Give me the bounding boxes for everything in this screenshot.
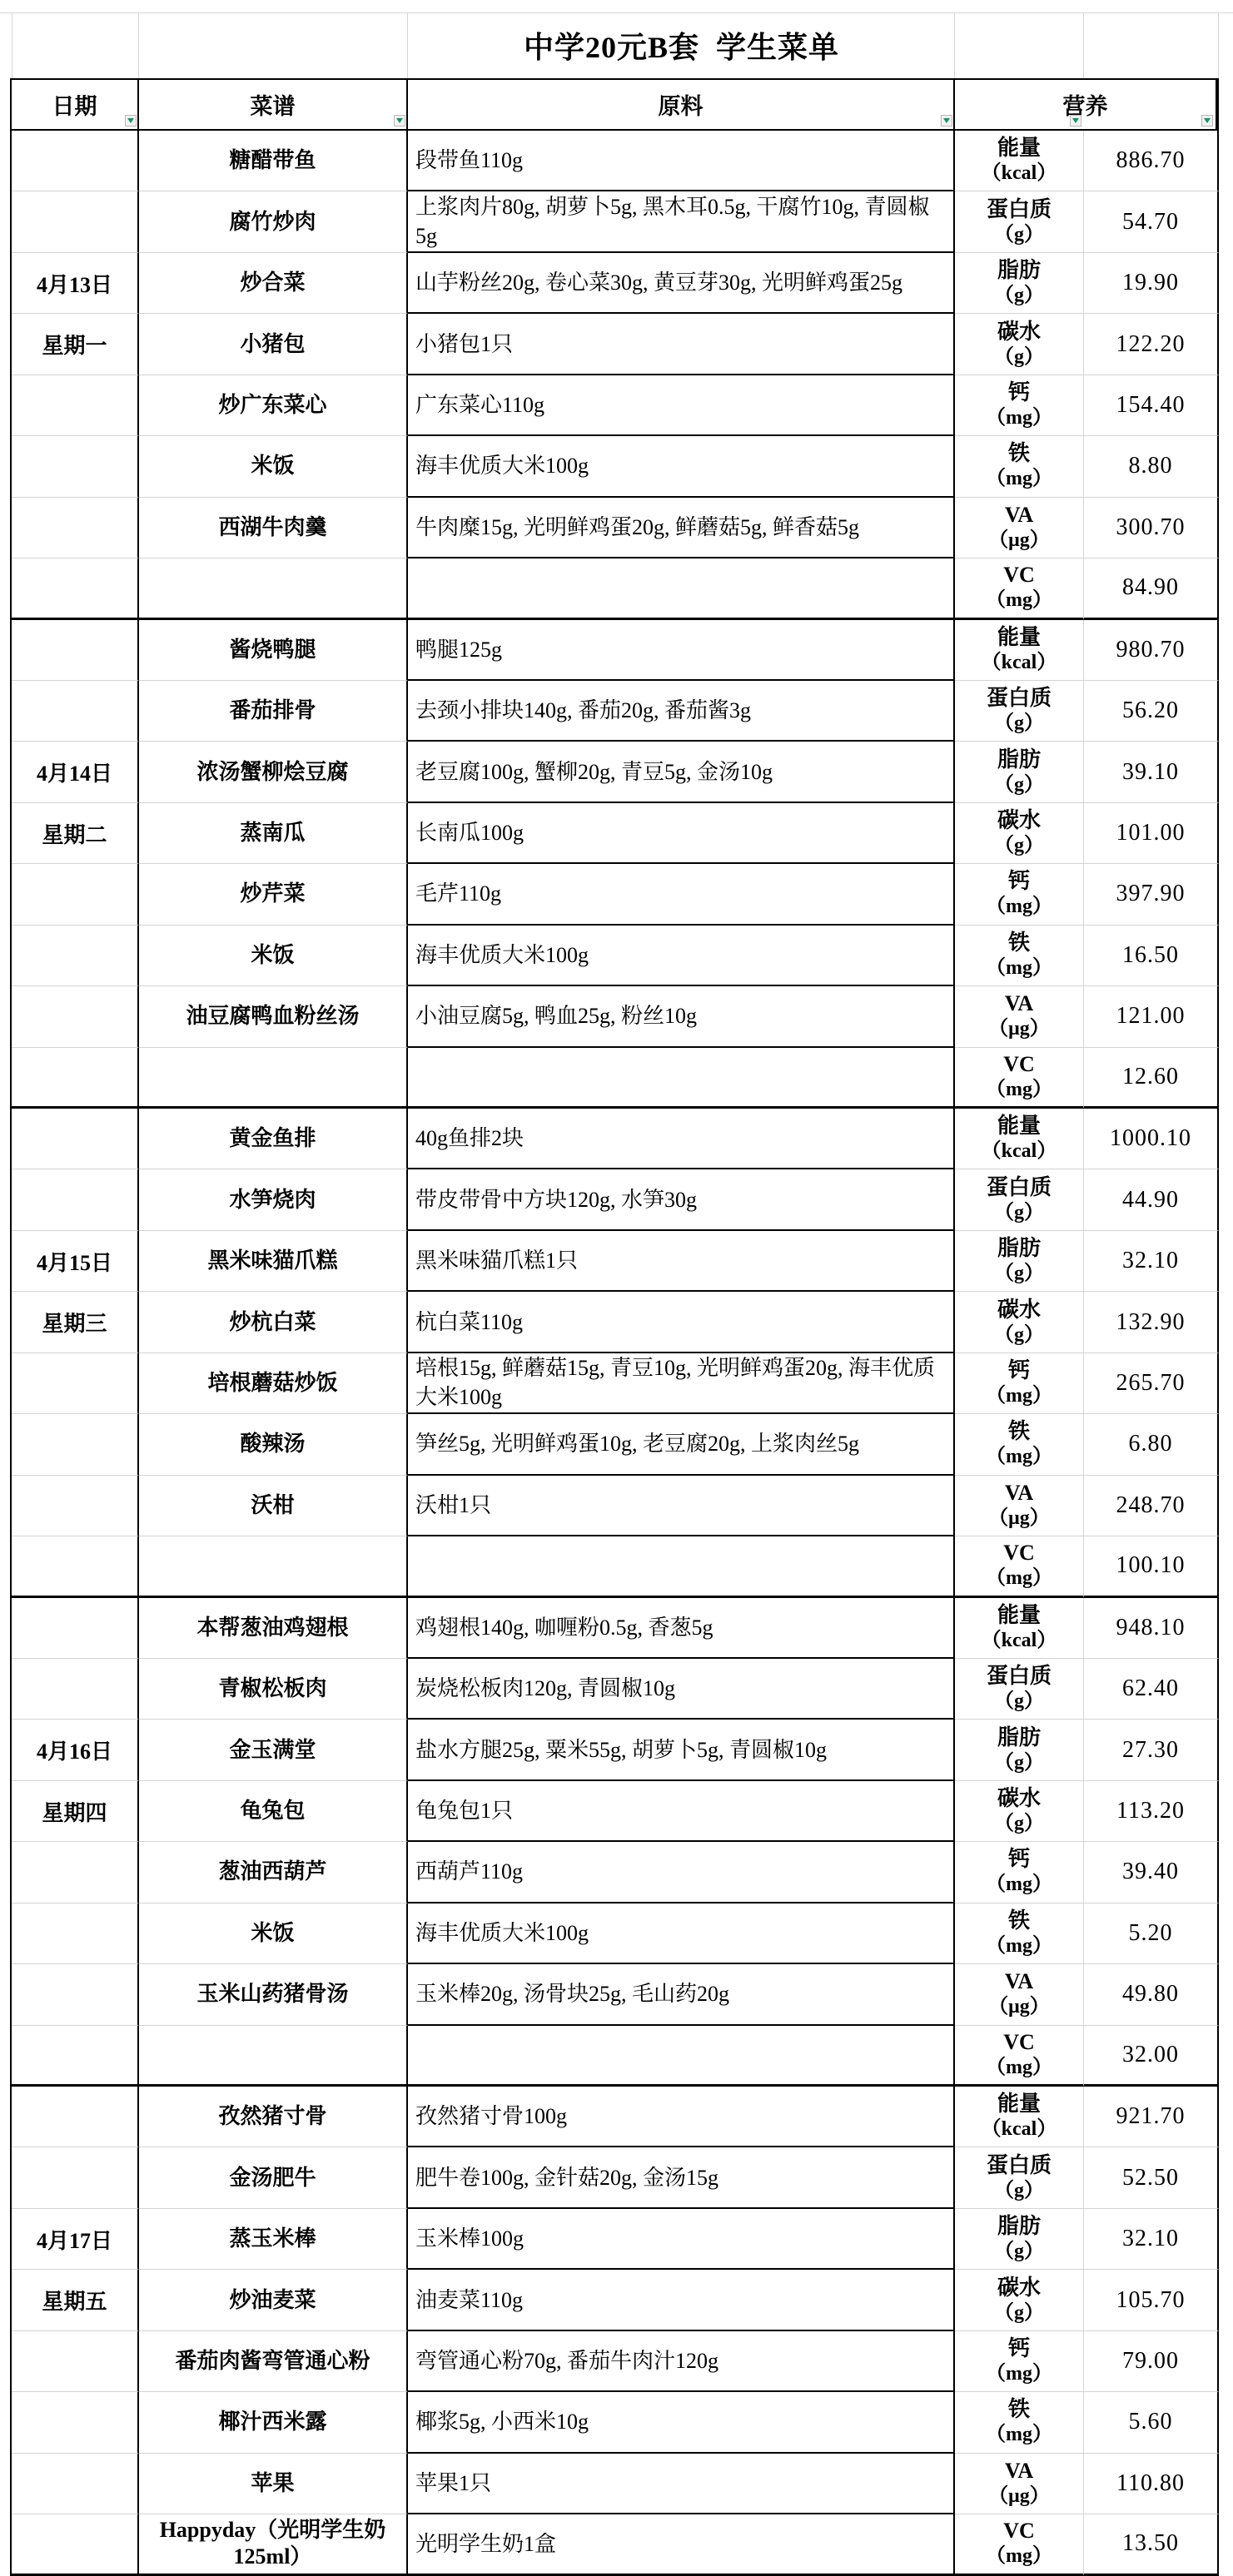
nutrient-unit: （mg） [986,955,1052,981]
nutrient-unit: （g） [994,2239,1044,2265]
ingredients-cell[interactable]: 带皮带骨中方块120g, 水笋30g [408,1169,955,1230]
nutrient-label-cell[interactable]: VC （mg） [955,2026,1084,2087]
nutrient-label-cell[interactable]: 碳水 （g） [955,314,1084,375]
ingredients-cell[interactable] [408,1048,955,1109]
nutrient-label-cell[interactable]: 脂肪 （g） [955,2209,1084,2270]
nutrient-label-cell[interactable]: 蛋白质 （g） [955,2147,1084,2208]
nutrient-label-cell[interactable]: 蛋白质 （g） [955,1169,1084,1230]
nutrient-value-cell[interactable]: 39.40 [1084,1842,1219,1903]
nutrient-value-cell[interactable]: 8.80 [1084,436,1219,497]
date-cell[interactable]: 4月16日 [12,1720,139,1780]
nutrient-unit: （mg） [986,405,1052,431]
nutrient-label-cell[interactable]: 铁 （mg） [955,1414,1084,1475]
nutrient-value-cell[interactable]: 12.60 [1084,1048,1219,1109]
nutrient-value-cell[interactable]: 84.90 [1084,558,1219,619]
nutrient-unit: （mg） [986,1444,1052,1470]
nutrient-unit: （mg） [986,466,1052,492]
nutrient-name: VA [1005,990,1033,1016]
ingredients-cell[interactable]: 牛肉糜15g, 光明鲜鸡蛋20g, 鲜蘑菇5g, 鲜香菇5g [408,498,955,558]
nutrient-label-cell[interactable]: VC （mg） [955,1048,1084,1109]
nutrient-name: 能量 [997,135,1041,161]
gridline [138,12,139,78]
filter-dropdown-icon [127,118,134,123]
nutrient-label-cell[interactable]: VA （μg） [955,986,1084,1047]
ingredients-cell[interactable]: 海丰优质大米100g [408,926,955,986]
nutrient-name: 铁 [1008,2396,1030,2422]
nutrient-name: 能量 [997,1113,1041,1139]
ingredients-cell[interactable]: 肥牛卷100g, 金针菇20g, 金汤15g [408,2147,955,2208]
filter-button-dish[interactable] [394,115,405,127]
nutrient-unit: （g） [994,1750,1044,1776]
nutrient-value-cell[interactable]: 101.00 [1084,803,1219,864]
nutrient-value-cell[interactable]: 27.30 [1084,1720,1219,1780]
nutrient-name: 碳水 [997,807,1041,833]
nutrient-value-cell[interactable]: 16.50 [1084,926,1219,986]
date-cell[interactable] [12,1598,139,1659]
dish-cell[interactable]: 炒油麦菜 [139,2270,408,2330]
ingredients-cell[interactable]: 段带鱼110g [408,131,955,191]
spreadsheet-page: { "title": "中学20元B套 学生菜单", "header": { "… [0,0,1233,2576]
nutrient-unit: （mg） [986,588,1052,613]
nutrient-unit: （kcal） [982,1139,1057,1164]
nutrient-value-cell[interactable]: 44.90 [1084,1169,1219,1230]
nutrient-name: 脂肪 [997,747,1041,772]
page-title: 中学20元B套 学生菜单 [408,12,955,78]
dish-cell[interactable]: 米饭 [139,1903,408,1964]
nutrient-value-cell[interactable]: 79.00 [1084,2331,1219,2392]
nutrient-unit: （mg） [986,1933,1052,1959]
ingredients-cell[interactable]: 上浆肉片80g, 胡萝卜5g, 黑木耳0.5g, 干腐竹10g, 青圆椒5g [408,191,955,252]
dish-cell[interactable] [139,1048,408,1109]
dish-cell[interactable]: 酸辣汤 [139,1414,408,1475]
column-header-date[interactable]: 日期 [12,80,139,129]
nutrient-label-cell[interactable]: 脂肪 （g） [955,742,1084,802]
gridline [1218,12,1219,78]
dish-cell[interactable]: 金玉满堂 [139,1720,408,1780]
nutrient-unit: （kcal） [982,650,1057,676]
nutrient-unit: （g） [994,222,1044,248]
nutrient-unit: （g） [994,711,1044,737]
dish-cell[interactable]: 番茄肉酱弯管通心粉 [139,2331,408,2392]
nutrient-name: VC [1003,562,1035,588]
date-cell[interactable] [12,1048,139,1109]
date-cell[interactable] [12,191,139,252]
dish-cell[interactable]: 黑米味猫爪糕 [139,1231,408,1292]
nutrient-name: 蛋白质 [987,1174,1052,1200]
nutrient-name: VA [1005,502,1033,528]
nutrient-name: 能量 [997,1602,1041,1628]
nutrient-unit: （g） [994,1261,1044,1287]
date-cell[interactable] [12,1353,139,1414]
dish-cell[interactable]: 炒合菜 [139,253,408,314]
ingredients-cell[interactable]: 盐水方腿25g, 粟米55g, 胡萝卜5g, 青圆椒10g [408,1720,955,1780]
date-cell[interactable] [12,926,139,986]
nutrient-label-cell[interactable]: 铁 （mg） [955,1903,1084,1964]
nutrient-label-cell[interactable]: 能量 （kcal） [955,131,1084,191]
nutrient-value-cell[interactable]: 1000.10 [1084,1109,1219,1169]
date-cell[interactable] [12,2514,139,2575]
date-cell[interactable] [12,1536,139,1597]
dish-cell[interactable]: Happyday（光明学生奶125ml） [139,2514,408,2575]
dish-cell[interactable]: 炒杭白菜 [139,1292,408,1353]
dish-cell[interactable]: 龟兔包 [139,1781,408,1842]
date-cell[interactable] [12,1169,139,1230]
nutrient-unit: （g） [994,1323,1044,1348]
dish-cell[interactable]: 玉米山药猪骨汤 [139,1964,408,2025]
ingredients-cell[interactable]: 毛芹110g [408,864,955,925]
nutrient-value-cell[interactable]: 110.80 [1084,2454,1219,2514]
dish-cell[interactable]: 酱烧鸭腿 [139,620,408,681]
ingredients-cell[interactable]: 光明学生奶1盒 [408,2514,955,2575]
nutrient-name: 能量 [997,624,1041,650]
nutrient-name: 脂肪 [997,1235,1041,1261]
dish-cell[interactable]: 青椒松板肉 [139,1659,408,1720]
filter-dropdown-icon [943,118,950,123]
nutrient-value-cell[interactable]: 49.80 [1084,1964,1219,2025]
dish-cell[interactable]: 孜然猪寸骨 [139,2087,408,2147]
nutrient-unit: （mg） [986,2055,1052,2081]
ingredients-cell[interactable]: 鸭腿125g [408,620,955,681]
ingredients-cell[interactable]: 龟兔包1只 [408,1781,955,1842]
ingredients-cell[interactable]: 培根15g, 鲜蘑菇15g, 青豆10g, 光明鲜鸡蛋20g, 海丰优质大米10… [408,1353,955,1414]
nutrient-name: 钙 [1008,868,1030,894]
nutrient-label-cell[interactable]: 钙 （mg） [955,1842,1084,1903]
dish-cell[interactable]: 培根蘑菇炒饭 [139,1353,408,1414]
date-cell[interactable] [12,558,139,619]
nutrient-unit: （mg） [986,2361,1052,2387]
nutrient-unit: （μg） [988,1506,1050,1531]
filter-dropdown-icon [1204,118,1211,123]
gridline [1083,12,1084,78]
date-cell[interactable]: 4月13日 [12,253,139,314]
date-cell[interactable] [12,498,139,558]
date-cell[interactable] [12,2087,139,2147]
nutrient-name: 碳水 [997,2275,1041,2301]
ingredients-cell[interactable]: 西葫芦110g [408,1842,955,1903]
dish-cell[interactable]: 椰汁西米露 [139,2392,408,2453]
nutrient-unit: （g） [994,1811,1044,1837]
filter-dropdown-icon [396,118,403,123]
ingredients-cell[interactable]: 沃柑1只 [408,1476,955,1536]
ingredients-cell[interactable]: 炭烧松板肉120g, 青圆椒10g [408,1659,955,1720]
ingredients-cell[interactable] [408,1536,955,1597]
ingredients-cell[interactable]: 杭白菜110g [408,1292,955,1353]
nutrient-label-cell[interactable]: 蛋白质 （g） [955,1659,1084,1720]
nutrient-value-cell[interactable]: 248.70 [1084,1476,1219,1536]
dish-cell[interactable]: 金汤肥牛 [139,2147,408,2208]
ingredients-cell[interactable]: 40g鱼排2块 [408,1109,955,1169]
nutrient-value-cell[interactable]: 300.70 [1084,498,1219,558]
column-header-ingredients[interactable]: 原料 [408,80,955,129]
nutrient-name: 脂肪 [997,257,1041,283]
date-cell[interactable] [12,2026,139,2087]
nutrient-value-cell[interactable]: 948.10 [1084,1598,1219,1659]
nutrient-value-cell[interactable]: 921.70 [1084,2087,1219,2147]
nutrient-name: VC [1003,1540,1035,1566]
date-cell[interactable] [12,864,139,925]
ingredients-cell[interactable] [408,2026,955,2087]
nutrient-label-cell[interactable]: 脂肪 （g） [955,1720,1084,1780]
nutrient-name: VC [1003,2029,1035,2055]
nutrient-label-cell[interactable]: 碳水 （g） [955,803,1084,864]
ingredients-cell[interactable] [408,558,955,619]
dish-cell[interactable]: 浓汤蟹柳烩豆腐 [139,742,408,802]
nutrient-name: 脂肪 [997,2213,1041,2239]
nutrient-value-cell[interactable]: 122.20 [1084,314,1219,375]
column-header-dish[interactable]: 菜谱 [139,80,408,129]
menu-grid: 糖醋带鱼 段带鱼110g 能量 （kcal） 886.70 腐竹炒肉 上浆肉片8… [10,131,1219,2576]
ingredients-cell[interactable]: 长南瓜100g [408,803,955,864]
nutrient-value-cell[interactable]: 32.10 [1084,1231,1219,1292]
nutrient-name: 碳水 [997,1297,1041,1323]
nutrient-name: VC [1003,2518,1035,2544]
date-cell[interactable] [12,2392,139,2453]
ingredients-cell[interactable]: 弯管通心粉70g, 番茄牛肉汁120g [408,2331,955,2392]
nutrient-label-cell[interactable]: VC （mg） [955,1536,1084,1597]
nutrient-name: 铁 [1008,440,1030,466]
date-cell[interactable]: 星期四 [12,1781,139,1842]
date-cell[interactable]: 4月14日 [12,742,139,802]
date-cell[interactable]: 星期五 [12,2270,139,2330]
date-cell[interactable] [12,681,139,742]
date-cell[interactable]: 星期一 [12,314,139,375]
date-cell[interactable] [12,436,139,497]
nutrient-name: VC [1003,1051,1035,1077]
date-cell[interactable] [12,1414,139,1475]
filter-button-ingredients[interactable] [941,115,952,127]
nutrient-unit: （g） [994,345,1044,370]
nutrient-name: 钙 [1008,1846,1030,1872]
nutrient-label-cell[interactable]: 铁 （mg） [955,2392,1084,2453]
nutrient-unit: （mg） [986,2422,1052,2448]
date-cell[interactable] [12,986,139,1047]
nutrient-unit: （g） [994,2178,1044,2204]
nutrient-label-cell[interactable]: VA （μg） [955,498,1084,558]
nutrient-value-cell[interactable]: 100.10 [1084,1536,1219,1597]
nutrient-value-cell[interactable]: 32.10 [1084,2209,1219,2270]
nutrient-value-cell[interactable]: 886.70 [1084,131,1219,191]
nutrient-label-cell[interactable]: 铁 （mg） [955,436,1084,497]
nutrient-value-cell[interactable]: 132.90 [1084,1292,1219,1353]
dish-cell[interactable]: 蒸南瓜 [139,803,408,864]
dish-cell[interactable]: 本帮葱油鸡翅根 [139,1598,408,1659]
nutrient-value-cell[interactable]: 113.20 [1084,1781,1219,1842]
nutrient-label-cell[interactable]: 脂肪 （g） [955,1231,1084,1292]
table-header-row: 日期 菜谱 原料 营养 [10,78,1219,131]
nutrient-label-cell[interactable]: VC （mg） [955,558,1084,619]
nutrient-value-cell[interactable]: 397.90 [1084,864,1219,925]
nutrient-unit: （μg） [988,2484,1050,2509]
dish-cell[interactable]: 西湖牛肉羹 [139,498,408,558]
dish-cell[interactable]: 番茄排骨 [139,681,408,742]
date-cell[interactable] [12,2147,139,2208]
ingredients-cell[interactable]: 玉米棒20g, 汤骨块25g, 毛山药20g [408,1964,955,2025]
nutrient-unit: （kcal） [982,1628,1057,1654]
date-cell[interactable]: 星期三 [12,1292,139,1353]
nutrient-name: 铁 [1008,1908,1030,1933]
nutrient-value-cell[interactable]: 105.70 [1084,2270,1219,2330]
ingredients-cell[interactable]: 鸡翅根140g, 咖喱粉0.5g, 香葱5g [408,1598,955,1659]
nutrient-value-cell[interactable]: 39.10 [1084,742,1219,802]
nutrient-label-cell[interactable]: 蛋白质 （g） [955,191,1084,252]
nutrient-name: 蛋白质 [987,196,1052,222]
nutrient-name: 钙 [1008,380,1030,405]
date-cell[interactable] [12,1842,139,1903]
date-cell[interactable] [12,620,139,681]
dish-cell[interactable]: 油豆腐鸭血粉丝汤 [139,986,408,1047]
dish-cell[interactable]: 米饭 [139,926,408,986]
nutrient-value-cell[interactable]: 56.20 [1084,681,1219,742]
column-header-nutrition[interactable]: 营养 [955,80,1217,129]
filter-button-nutrient-label[interactable] [1070,115,1081,127]
dish-cell[interactable]: 糖醋带鱼 [139,131,408,191]
nutrient-unit: （g） [994,1200,1044,1226]
nutrient-name: 蛋白质 [987,1663,1052,1689]
dish-cell[interactable]: 蒸玉米棒 [139,2209,408,2270]
ingredients-cell[interactable]: 小油豆腐5g, 鸭血25g, 粉丝10g [408,986,955,1047]
ingredients-cell[interactable]: 小猪包1只 [408,314,955,375]
nutrient-label-cell[interactable]: 能量 （kcal） [955,1109,1084,1169]
nutrient-name: 钙 [1008,1357,1030,1383]
nutrient-unit: （kcal） [982,161,1057,186]
gridline [12,12,12,78]
nutrient-unit: （μg） [988,1016,1050,1042]
nutrient-unit: （mg） [986,1872,1052,1898]
nutrient-unit: （μg） [988,1994,1050,2020]
nutrient-name: 脂肪 [997,1725,1041,1750]
nutrient-unit: （g） [994,833,1044,859]
nutrient-name: 能量 [997,2091,1041,2117]
nutrient-name: 铁 [1008,930,1030,955]
nutrient-name: 碳水 [997,319,1041,345]
date-cell[interactable]: 星期二 [12,803,139,864]
nutrient-value-cell[interactable]: 13.50 [1084,2514,1219,2575]
nutrient-label-cell[interactable]: 脂肪 （g） [955,253,1084,314]
nutrient-label-cell[interactable]: 碳水 （g） [955,2270,1084,2330]
ingredients-cell[interactable]: 椰浆5g, 小西米10g [408,2392,955,2453]
date-cell[interactable] [12,1109,139,1169]
date-cell[interactable] [12,1964,139,2025]
nutrient-value-cell[interactable]: 52.50 [1084,2147,1219,2208]
nutrient-label-cell[interactable]: 钙 （mg） [955,864,1084,925]
nutrient-label-cell[interactable]: VA （μg） [955,1964,1084,2025]
nutrient-label-cell[interactable]: VA （μg） [955,1476,1084,1536]
ingredients-cell[interactable]: 海丰优质大米100g [408,436,955,497]
date-cell[interactable] [12,2454,139,2514]
nutrient-name: VA [1005,2458,1033,2484]
nutrient-value-cell[interactable]: 5.20 [1084,1903,1219,1964]
nutrient-label-cell[interactable]: VA （μg） [955,2454,1084,2514]
dish-cell[interactable]: 沃柑 [139,1476,408,1536]
ingredients-cell[interactable]: 笋丝5g, 光明鲜鸡蛋10g, 老豆腐20g, 上浆肉丝5g [408,1414,955,1475]
nutrient-name: 蛋白质 [987,2152,1052,2178]
nutrient-name: 碳水 [997,1785,1041,1811]
nutrient-value-cell[interactable]: 121.00 [1084,986,1219,1047]
nutrient-value-cell[interactable]: 154.40 [1084,375,1219,436]
ingredients-cell[interactable]: 山芋粉丝20g, 卷心菜30g, 黄豆芽30g, 光明鲜鸡蛋25g [408,253,955,314]
date-cell[interactable] [12,2331,139,2392]
ingredients-cell[interactable]: 海丰优质大米100g [408,1903,955,1964]
date-cell[interactable]: 4月15日 [12,1231,139,1292]
nutrient-name: VA [1005,1968,1033,1994]
dish-cell[interactable]: 炒芹菜 [139,864,408,925]
dish-cell[interactable]: 苹果 [139,2454,408,2514]
ingredients-cell[interactable]: 玉米棒100g [408,2209,955,2270]
dish-cell[interactable] [139,558,408,619]
nutrient-value-cell[interactable]: 19.90 [1084,253,1219,314]
nutrient-name: VA [1005,1480,1033,1506]
nutrient-name: 钙 [1008,2335,1030,2361]
nutrient-label-cell[interactable]: 碳水 （g） [955,1292,1084,1353]
nutrient-label-cell[interactable]: 能量 （kcal） [955,2087,1084,2147]
ingredients-cell[interactable]: 油麦菜110g [408,2270,955,2330]
nutrient-label-cell[interactable]: 蛋白质 （g） [955,681,1084,742]
date-cell[interactable] [12,1903,139,1964]
nutrient-unit: （g） [994,2301,1044,2326]
date-cell[interactable] [12,1659,139,1720]
nutrient-unit: （g） [994,283,1044,309]
nutrient-label-cell[interactable]: VC （mg） [955,2514,1084,2575]
nutrient-name: 铁 [1008,1418,1030,1444]
nutrient-label-cell[interactable]: 钙 （mg） [955,2331,1084,2392]
dish-cell[interactable]: 葱油西葫芦 [139,1842,408,1903]
nutrient-label-cell[interactable]: 能量 （kcal） [955,1598,1084,1659]
ingredients-cell[interactable]: 老豆腐100g, 蟹柳20g, 青豆5g, 金汤10g [408,742,955,802]
date-cell[interactable]: 4月17日 [12,2209,139,2270]
dish-cell[interactable]: 水笋烧肉 [139,1169,408,1230]
nutrient-unit: （mg） [986,894,1052,920]
nutrient-unit: （mg） [986,1077,1052,1103]
nutrient-label-cell[interactable]: 能量 （kcal） [955,620,1084,681]
date-cell[interactable] [12,131,139,191]
ingredients-cell[interactable]: 广东菜心110g [408,375,955,436]
date-cell[interactable] [12,375,139,436]
dish-cell[interactable]: 黄金鱼排 [139,1109,408,1169]
nutrient-value-cell[interactable]: 6.80 [1084,1414,1219,1475]
nutrient-value-cell[interactable]: 32.00 [1084,2026,1219,2087]
nutrient-value-cell[interactable]: 980.70 [1084,620,1219,681]
nutrient-unit: （g） [994,772,1044,798]
nutrient-unit: （kcal） [982,2117,1057,2142]
dish-cell[interactable]: 小猪包 [139,314,408,375]
ingredients-cell[interactable]: 苹果1只 [408,2454,955,2514]
filter-dropdown-icon [1072,118,1079,123]
nutrient-name: 蛋白质 [987,685,1052,711]
nutrient-label-cell[interactable]: 铁 （mg） [955,926,1084,986]
dish-cell[interactable]: 腐竹炒肉 [139,191,408,252]
nutrient-value-cell[interactable]: 265.70 [1084,1353,1219,1414]
ingredients-cell[interactable]: 黑米味猫爪糕1只 [408,1231,955,1292]
nutrient-label-cell[interactable]: 钙 （mg） [955,1353,1084,1414]
dish-cell[interactable]: 米饭 [139,436,408,497]
nutrient-value-cell[interactable]: 54.70 [1084,191,1219,252]
nutrient-label-cell[interactable]: 碳水 （g） [955,1781,1084,1842]
nutrient-unit: （μg） [988,528,1050,553]
nutrient-unit: （mg） [986,1566,1052,1591]
dish-cell[interactable]: 炒广东菜心 [139,375,408,436]
filter-button-date[interactable] [125,115,137,127]
ingredients-cell[interactable]: 孜然猪寸骨100g [408,2087,955,2147]
date-cell[interactable] [12,1476,139,1536]
ingredients-cell[interactable]: 去颈小排块140g, 番茄20g, 番茄酱3g [408,681,955,742]
nutrient-value-cell[interactable]: 5.60 [1084,2392,1219,2453]
nutrient-label-cell[interactable]: 钙 （mg） [955,375,1084,436]
dish-cell[interactable] [139,1536,408,1597]
filter-button-nutrient-value[interactable] [1201,115,1213,127]
nutrient-unit: （mg） [986,1383,1052,1409]
nutrient-value-cell[interactable]: 62.40 [1084,1659,1219,1720]
dish-cell[interactable] [139,2026,408,2087]
